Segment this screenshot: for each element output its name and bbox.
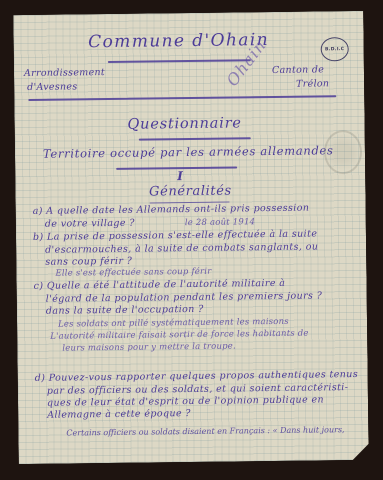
arrondissement-line2: d'Avesnes: [27, 80, 105, 95]
question-d-line4: Allemagne à cette époque ?: [47, 408, 191, 422]
section-title: Généralités: [147, 183, 233, 199]
scanned-document-page: { "colors": { "background": "#1e1410", "…: [0, 0, 383, 480]
arrondissement-label: Arrondissement d'Avesnes: [24, 66, 105, 95]
faint-verso-stamp: [324, 130, 363, 174]
questionnaire-title: Questionnaire: [115, 115, 255, 133]
canton-line2: Trélon: [296, 77, 329, 91]
document-paper: Commune d'Ohain Arrondissement d'Avesnes…: [13, 11, 368, 464]
canton-line1: Canton de: [272, 63, 329, 77]
answer-c-line2: L'autorité militaire faisait sortir de f…: [50, 329, 309, 343]
question-a-line1: a) A quelle date les Allemands ont-ils p…: [33, 203, 310, 218]
question-b-line2: d'escarmouches, à la suite de combats sa…: [45, 241, 318, 256]
bdic-stamp: B.D.I.C: [321, 37, 349, 61]
question-c-line3: dans la suite de l'occupation ?: [46, 304, 204, 318]
arrondissement-line1: Arrondissement: [24, 66, 105, 81]
questionnaire-underline: [139, 137, 251, 140]
canton-label: Canton de Trélon: [272, 63, 330, 91]
header-divider: [28, 95, 336, 100]
question-b-line3: sans coup férir ?: [45, 256, 132, 269]
commune-underline: [108, 59, 251, 63]
answer-d: Certains officiers ou soldats disaient e…: [66, 425, 344, 438]
section-numeral: I: [177, 169, 183, 183]
bdic-stamp-label: B.D.I.C: [325, 47, 344, 52]
answer-c-line3: leurs maisons pour y mettre la troupe.: [62, 341, 236, 354]
answer-b: Elle s'est effectuée sans coup férir: [55, 267, 211, 280]
answer-a: le 28 août 1914: [185, 217, 256, 228]
subject-title: Territoire occupé par les armées alleman…: [43, 143, 323, 160]
question-a-line2: de votre village ?: [45, 218, 135, 231]
